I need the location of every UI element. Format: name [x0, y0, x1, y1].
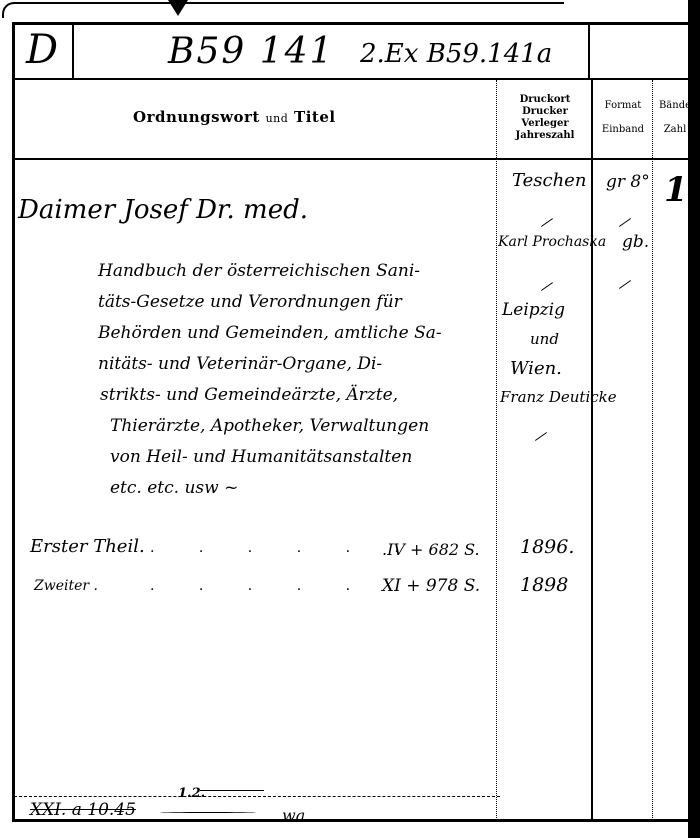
footer-note: XXI. a 10.45 [30, 800, 136, 820]
part-1-dots: . . . . . . [150, 540, 419, 556]
header-verleger: Verleger [500, 118, 590, 130]
header-format-col: Format Einband [594, 94, 652, 142]
entry-author: Daimer Josef Dr. med. [18, 194, 308, 226]
footer-stroke [200, 790, 264, 791]
entry-title-line: von Heil- und Humanitätsanstalten [110, 442, 498, 473]
footer-initials: wa [282, 806, 305, 825]
header-volumes-col: Bände Zahl [655, 94, 695, 142]
entry-title-line: täts-Gesetze und Verordnungen für [98, 287, 498, 318]
header-title: Ordnungswort und Titel [133, 108, 336, 126]
imprint-place-2-line2: und [530, 330, 559, 348]
entry-title-line: strikts- und Gemeindeärzte, Ärzte, [100, 380, 498, 411]
card-notch [168, 0, 188, 16]
header-imprint-col: Druckort Drucker Verleger Jahreszahl [500, 94, 590, 142]
entry-title-line: Behörden und Gemeinden, amtliche Sa- [98, 318, 498, 349]
part-2-year: 1898 [520, 574, 568, 596]
part-1-year: 1896. [520, 536, 574, 558]
imprint-printer-1: Karl Prochaska [498, 234, 606, 250]
imprint-place-2-line1: Leipzig [502, 300, 565, 320]
footer-note-super: 1.2. [178, 786, 205, 801]
entry-title-line: Handbuch der österreichischen Sani- [98, 256, 498, 287]
header-drucker: Drucker [500, 106, 590, 118]
entry-binding: gb. [622, 232, 649, 252]
part-1-pages: .IV + 682 S. [382, 540, 480, 559]
rule-letter-box [72, 24, 74, 78]
header-baende: Bände [655, 94, 695, 118]
card-letter: D [26, 28, 58, 72]
rule-header-bottom [14, 158, 688, 160]
rule-top-right-box [588, 24, 590, 78]
header-jahreszahl: Jahreszahl [500, 130, 590, 142]
entry-title: Handbuch der österreichischen Sani-täts-… [98, 256, 498, 504]
rule-footer [14, 796, 500, 797]
entry-title-line: nitäts- und Veterinär-Organe, Di- [98, 349, 498, 380]
card-edge [2, 2, 564, 18]
header-titel: Titel [294, 108, 336, 126]
entry-title-line: Thierärzte, Apotheker, Verwaltungen [110, 411, 498, 442]
imprint-place-2-line3: Wien. [510, 358, 562, 379]
part-1-label: Erster Theil. [30, 536, 145, 557]
header-einband: Einband [594, 118, 652, 142]
rule-top-header [14, 78, 688, 80]
part-2-label: Zweiter . [34, 578, 98, 594]
shelfmark: B59 141 [168, 30, 334, 74]
entry-title-line: etc. etc. usw ~ [110, 473, 498, 504]
second-copy-shelfmark: 2.Ex B59.141a [360, 38, 552, 70]
rule-volumes-col [652, 80, 653, 820]
entry-format: gr 8° [606, 172, 650, 192]
header-format: Format [594, 94, 652, 118]
rule-format-col [591, 80, 593, 820]
entry-volumes: 1 [664, 170, 688, 210]
header-ordnungswort: Ordnungswort [133, 108, 260, 126]
header-zahl: Zahl [655, 118, 695, 142]
imprint-publisher-2: Franz Deuticke [500, 388, 617, 406]
imprint-place-1: Teschen [512, 170, 586, 191]
part-2-pages: XI + 978 S. [382, 576, 480, 596]
footer-stroke [160, 812, 256, 813]
part-2-dots: . . . . . . [150, 578, 419, 594]
header-druckort: Druckort [500, 94, 590, 106]
header-connector: und [266, 112, 289, 125]
